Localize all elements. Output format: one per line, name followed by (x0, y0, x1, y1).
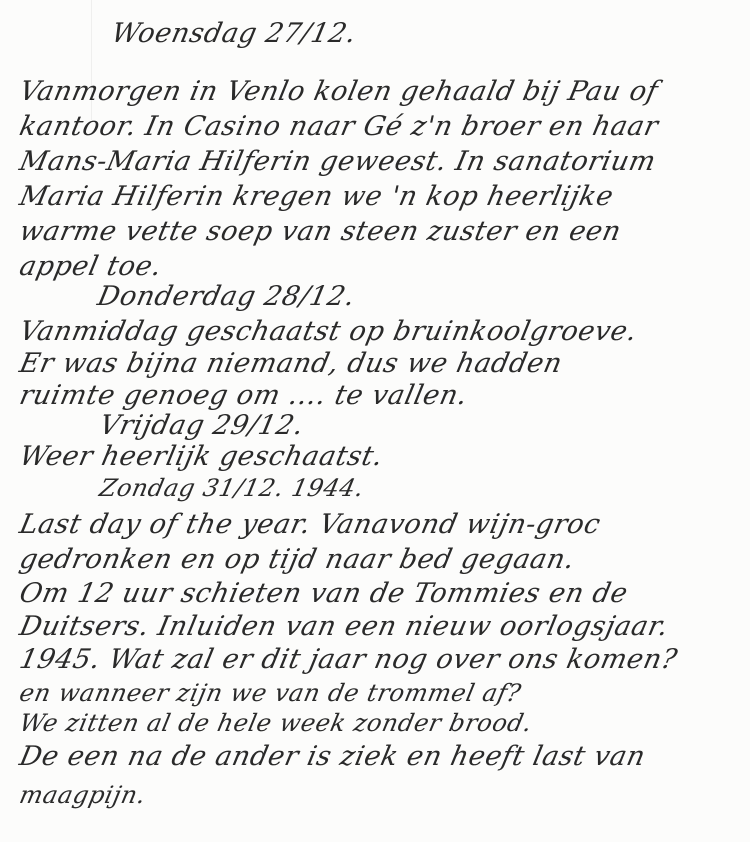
entry-line: Weer heerlijk geschaatst. (17, 443, 386, 470)
entry-date-heading: Zondag 31/12. 1944. (97, 476, 366, 500)
entry-line: Maria Hilferin kregen we 'n kop heerlijk… (17, 183, 616, 210)
diary-page: Woensdag 27/12. Vanmorgen in Venlo kolen… (0, 0, 750, 842)
entry-date-heading: Vrijdag 29/12. (97, 412, 306, 439)
entry-line: en wanneer zijn we van de trommel af? (17, 681, 523, 705)
entry-line: Last day of the year. Vanavond wijn-groc (17, 511, 603, 538)
entry-line: Mans-Maria Hilferin geweest. In sanatori… (17, 148, 658, 175)
entry-line: Om 12 uur schieten van de Tommies en de (17, 580, 630, 607)
entry-line: We zitten al de hele week zonder brood. (17, 711, 534, 735)
entry-date-heading: Woensdag 27/12. (109, 20, 359, 47)
entry-line: kantoor. In Casino naar Gé z'n broer en … (17, 113, 661, 140)
entry-line: warme vette soep van steen zuster en een (17, 218, 624, 245)
entry-line: appel toe. (17, 253, 164, 280)
entry-line: ruimte genoeg om .... te vallen. (17, 382, 470, 409)
entry-date-heading: Donderdag 28/12. (95, 283, 357, 310)
entry-line: 1945. Wat zal er dit jaar nog over ons k… (17, 646, 680, 673)
entry-line: Vanmiddag geschaatst op bruinkoolgroeve. (17, 318, 639, 345)
entry-line: De een na de ander is ziek en heeft last… (17, 743, 648, 770)
entry-line: Vanmorgen in Venlo kolen gehaald bij Pau… (17, 78, 660, 105)
entry-line: Er was bijna niemand, dus we hadden (17, 350, 565, 377)
entry-line: maagpijn. (17, 783, 148, 807)
entry-line: Duitsers. Inluiden van een nieuw oorlogs… (17, 613, 671, 640)
entry-line: gedronken en op tijd naar bed gegaan. (17, 546, 577, 573)
